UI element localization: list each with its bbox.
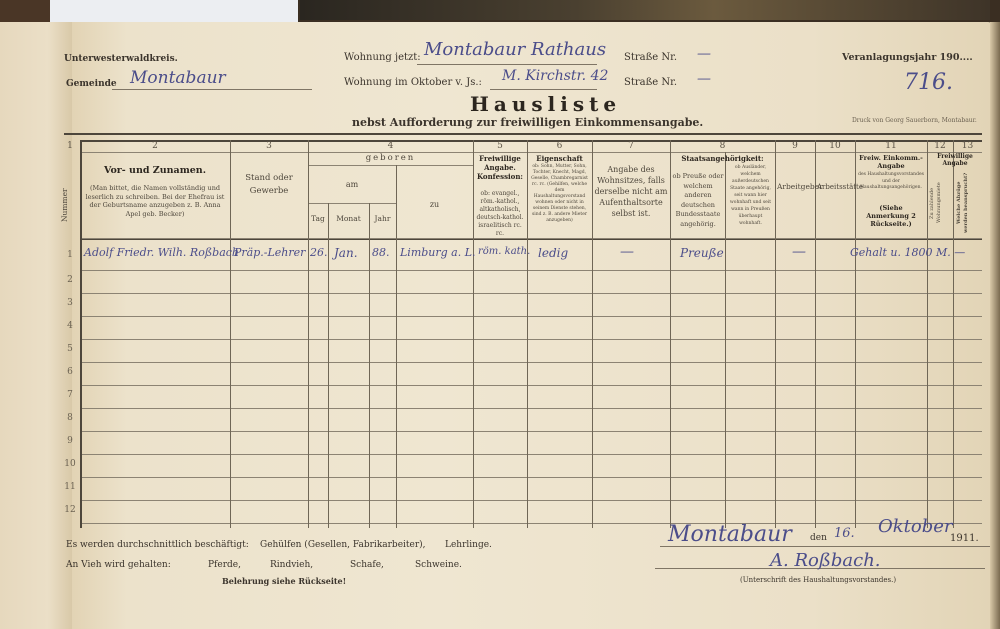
wohnung-oktober-underline [490, 89, 597, 90]
colnum-3: 3 [230, 141, 308, 151]
header-name: Vor- und Zunamen. [84, 166, 226, 175]
header-rule [64, 133, 982, 135]
am-rule [308, 203, 396, 204]
row-rule [80, 270, 982, 271]
row-number: 4 [62, 321, 78, 331]
row-rule [80, 385, 982, 386]
year-value: 1911. [950, 533, 979, 544]
row-number: 3 [62, 298, 78, 308]
header-tag: Tag [308, 214, 328, 223]
header-eigenschaft: Eigenschaft [529, 154, 590, 163]
col-divider [775, 140, 776, 528]
row-rule [80, 408, 982, 409]
cell-wohnsitz: — [620, 244, 634, 260]
cell-monat: Jan. [334, 246, 358, 260]
colnum-9: 9 [775, 141, 815, 151]
header-nummer: Nummer [60, 180, 78, 230]
row-rule [80, 293, 982, 294]
row-number: 2 [62, 275, 78, 285]
header-zu: zu [396, 200, 473, 209]
header-staat: Staatsangehörigkeit: [672, 154, 773, 163]
header-einkommen: Freiw. Einkomm.-Angabe [857, 154, 925, 170]
list-number: 716. [904, 70, 953, 95]
cell-staatsangehoerigkeit: Preuße [680, 246, 724, 260]
colnum-7: 7 [592, 141, 670, 151]
cell-tag: 26. [310, 246, 328, 259]
col-divider [725, 152, 726, 528]
vieh-label: An Vieh wird gehalten: [66, 560, 171, 570]
header-staat-preusse: ob Preuße oder welchem anderen deutschen… [672, 172, 724, 229]
header-jahr: Jahr [369, 214, 396, 223]
rindvieh-label: Rindvieh, [270, 560, 313, 570]
header-arbeitgeber: Arbeitgeber [777, 180, 813, 194]
row-rule [80, 362, 982, 363]
page-title: Hausliste [470, 92, 621, 116]
col-divider [527, 140, 528, 528]
col-divider [308, 140, 309, 528]
col-divider [670, 140, 671, 528]
col-divider [815, 140, 816, 528]
colnum-rule [80, 152, 982, 153]
strasse-label-1: Straße Nr. [624, 52, 677, 63]
cell-arbeitgeber: — [792, 244, 806, 260]
col-divider [396, 165, 397, 528]
header-freiwillige: Freiwillige Angabe [929, 153, 981, 167]
row-number: 1 [62, 250, 78, 260]
col-divider [230, 140, 231, 528]
geboren-rule [308, 165, 473, 166]
wohnung-oktober-label: Wohnung im Oktober v. Js.: [344, 77, 482, 88]
strasse-value-2: — [697, 71, 711, 87]
row-number: 5 [62, 344, 78, 354]
paper-slip [50, 0, 298, 24]
row-number: 7 [62, 390, 78, 400]
header-am: am [308, 180, 396, 189]
gemeinde-underline [112, 89, 312, 90]
colnum-13: 13 [953, 141, 982, 151]
signature: A. Roßbach. [770, 550, 881, 571]
district-label: Unterwesterwaldkreis. [64, 54, 178, 64]
colnum-6: 6 [527, 141, 592, 151]
header-konfession: Freiwillige Angabe. Konfession: [475, 154, 525, 181]
header-wohnsitz: Angabe des Wohnsitzes, falls derselbe ni… [594, 164, 668, 219]
header-einkommen-note: des Haushaltungsvorstandes und der Haush… [857, 172, 925, 192]
beschaeftigt-label: Es werden durchschnittlich beschäftigt: [66, 540, 249, 550]
header-stand: Stand oder Gewerbe [232, 172, 306, 198]
row-number: 11 [62, 482, 78, 492]
header-geboren: geboren [308, 154, 473, 163]
row-rule [80, 339, 982, 340]
row-number: 10 [62, 459, 78, 469]
col-divider [592, 140, 593, 528]
row-rule [80, 523, 982, 524]
cell-geburtsort: Limburg a. L. [400, 246, 476, 259]
household-table: 1 2 3 4 5 6 7 8 9 10 11 12 13 Nummer Vor… [80, 140, 982, 528]
colnum-8: 8 [670, 141, 775, 151]
strasse-label-2: Straße Nr. [624, 77, 677, 88]
gehuelfen-label: Gehülfen (Gesellen, Fabrikarbeiter), [260, 540, 426, 550]
cell-jahr: 88. [372, 246, 390, 259]
day-value: 16. [834, 526, 855, 541]
colnum-4: 4 [308, 141, 473, 151]
page-subtitle: nebst Aufforderung zur freiwilligen Eink… [352, 116, 703, 129]
row-rule [80, 500, 982, 501]
colnum-11: 11 [855, 141, 927, 151]
row-rule [80, 431, 982, 432]
gemeinde-label: Gemeinde [66, 79, 117, 89]
col-divider [328, 203, 329, 528]
month-value: Oktober [878, 516, 953, 537]
cell-name: Adolf Friedr. Wilh. Roßbach [84, 246, 239, 259]
header-wohnungsmiete: Zu zahlende Wohnungsmiete [929, 172, 951, 234]
col-divider [473, 140, 474, 528]
book-cover-corner [0, 0, 50, 24]
wohnung-jetzt-label: Wohnung jetzt: [344, 52, 421, 63]
row-number: 6 [62, 367, 78, 377]
colnum-12: 12 [927, 141, 953, 151]
header-arbeitsstaette: Arbeitsstätte [817, 180, 853, 194]
cell-eigenschaft: ledig [538, 246, 568, 260]
row-number: 8 [62, 413, 78, 423]
strasse-value-1: — [697, 46, 711, 62]
veranlagungsjahr-label: Veranlagungsjahr 190.... [842, 52, 973, 63]
col-divider [855, 140, 856, 528]
col-divider [369, 203, 370, 528]
schafe-label: Schafe, [350, 560, 384, 570]
header-abzuege: Welche Abzüge werden beansprucht? [956, 172, 980, 234]
header-eigenschaft-note: ob: Sohn, Mutter, Sohn, Tochter, Knecht,… [529, 164, 590, 224]
belehrung-note: Belehrung siehe Rückseite! [222, 576, 346, 586]
printer-credit: Druck von Georg Sauerborn, Montabaur. [852, 117, 977, 124]
pferde-label: Pferde, [208, 560, 241, 570]
signature-caption: (Unterschrift des Haushaltungsvorstandes… [740, 576, 896, 584]
wohnung-oktober-value: M. Kirchstr. 42 [502, 68, 608, 84]
row-rule [80, 454, 982, 455]
wohnung-jetzt-value: Montabaur Rathaus [424, 39, 606, 60]
cell-einkommen: Gehalt u. 1800 M. — [850, 246, 965, 259]
col-divider [953, 140, 954, 528]
header-name-note: (Man bittet, die Namen vollständig und l… [82, 184, 228, 218]
gemeinde-value: Montabaur [130, 68, 226, 88]
colnum-5: 5 [473, 141, 527, 151]
cell-stand: Präp.-Lehrer [234, 246, 305, 259]
colnum-1: 1 [62, 141, 78, 151]
cell-konfession: röm. kath. [478, 246, 530, 257]
den-label: den [810, 533, 827, 543]
row-rule [80, 477, 982, 478]
colnum-2: 2 [80, 141, 230, 151]
header-staat-auslaender: ob Ausländer, welchem außerdeutschen Sta… [727, 164, 774, 227]
row-rule [80, 316, 982, 317]
page-edge [990, 22, 1000, 629]
header-konfession-note: ob: evangel., röm.-kathol., altkatholisc… [475, 190, 525, 238]
book-spine-edge [300, 0, 990, 20]
col-divider [927, 140, 928, 528]
row-number: 9 [62, 436, 78, 446]
header-einkommen-see: (Siehe Anmerkung 2 Rückseite.) [857, 204, 925, 228]
wohnung-jetzt-underline [417, 64, 597, 65]
schweine-label: Schweine. [415, 560, 462, 570]
colnum-10: 10 [815, 141, 855, 151]
header-monat: Monat [328, 214, 369, 223]
row-number: 12 [62, 505, 78, 515]
place-value: Montabaur [668, 522, 792, 547]
lehrlinge-label: Lehrlinge. [445, 540, 492, 550]
